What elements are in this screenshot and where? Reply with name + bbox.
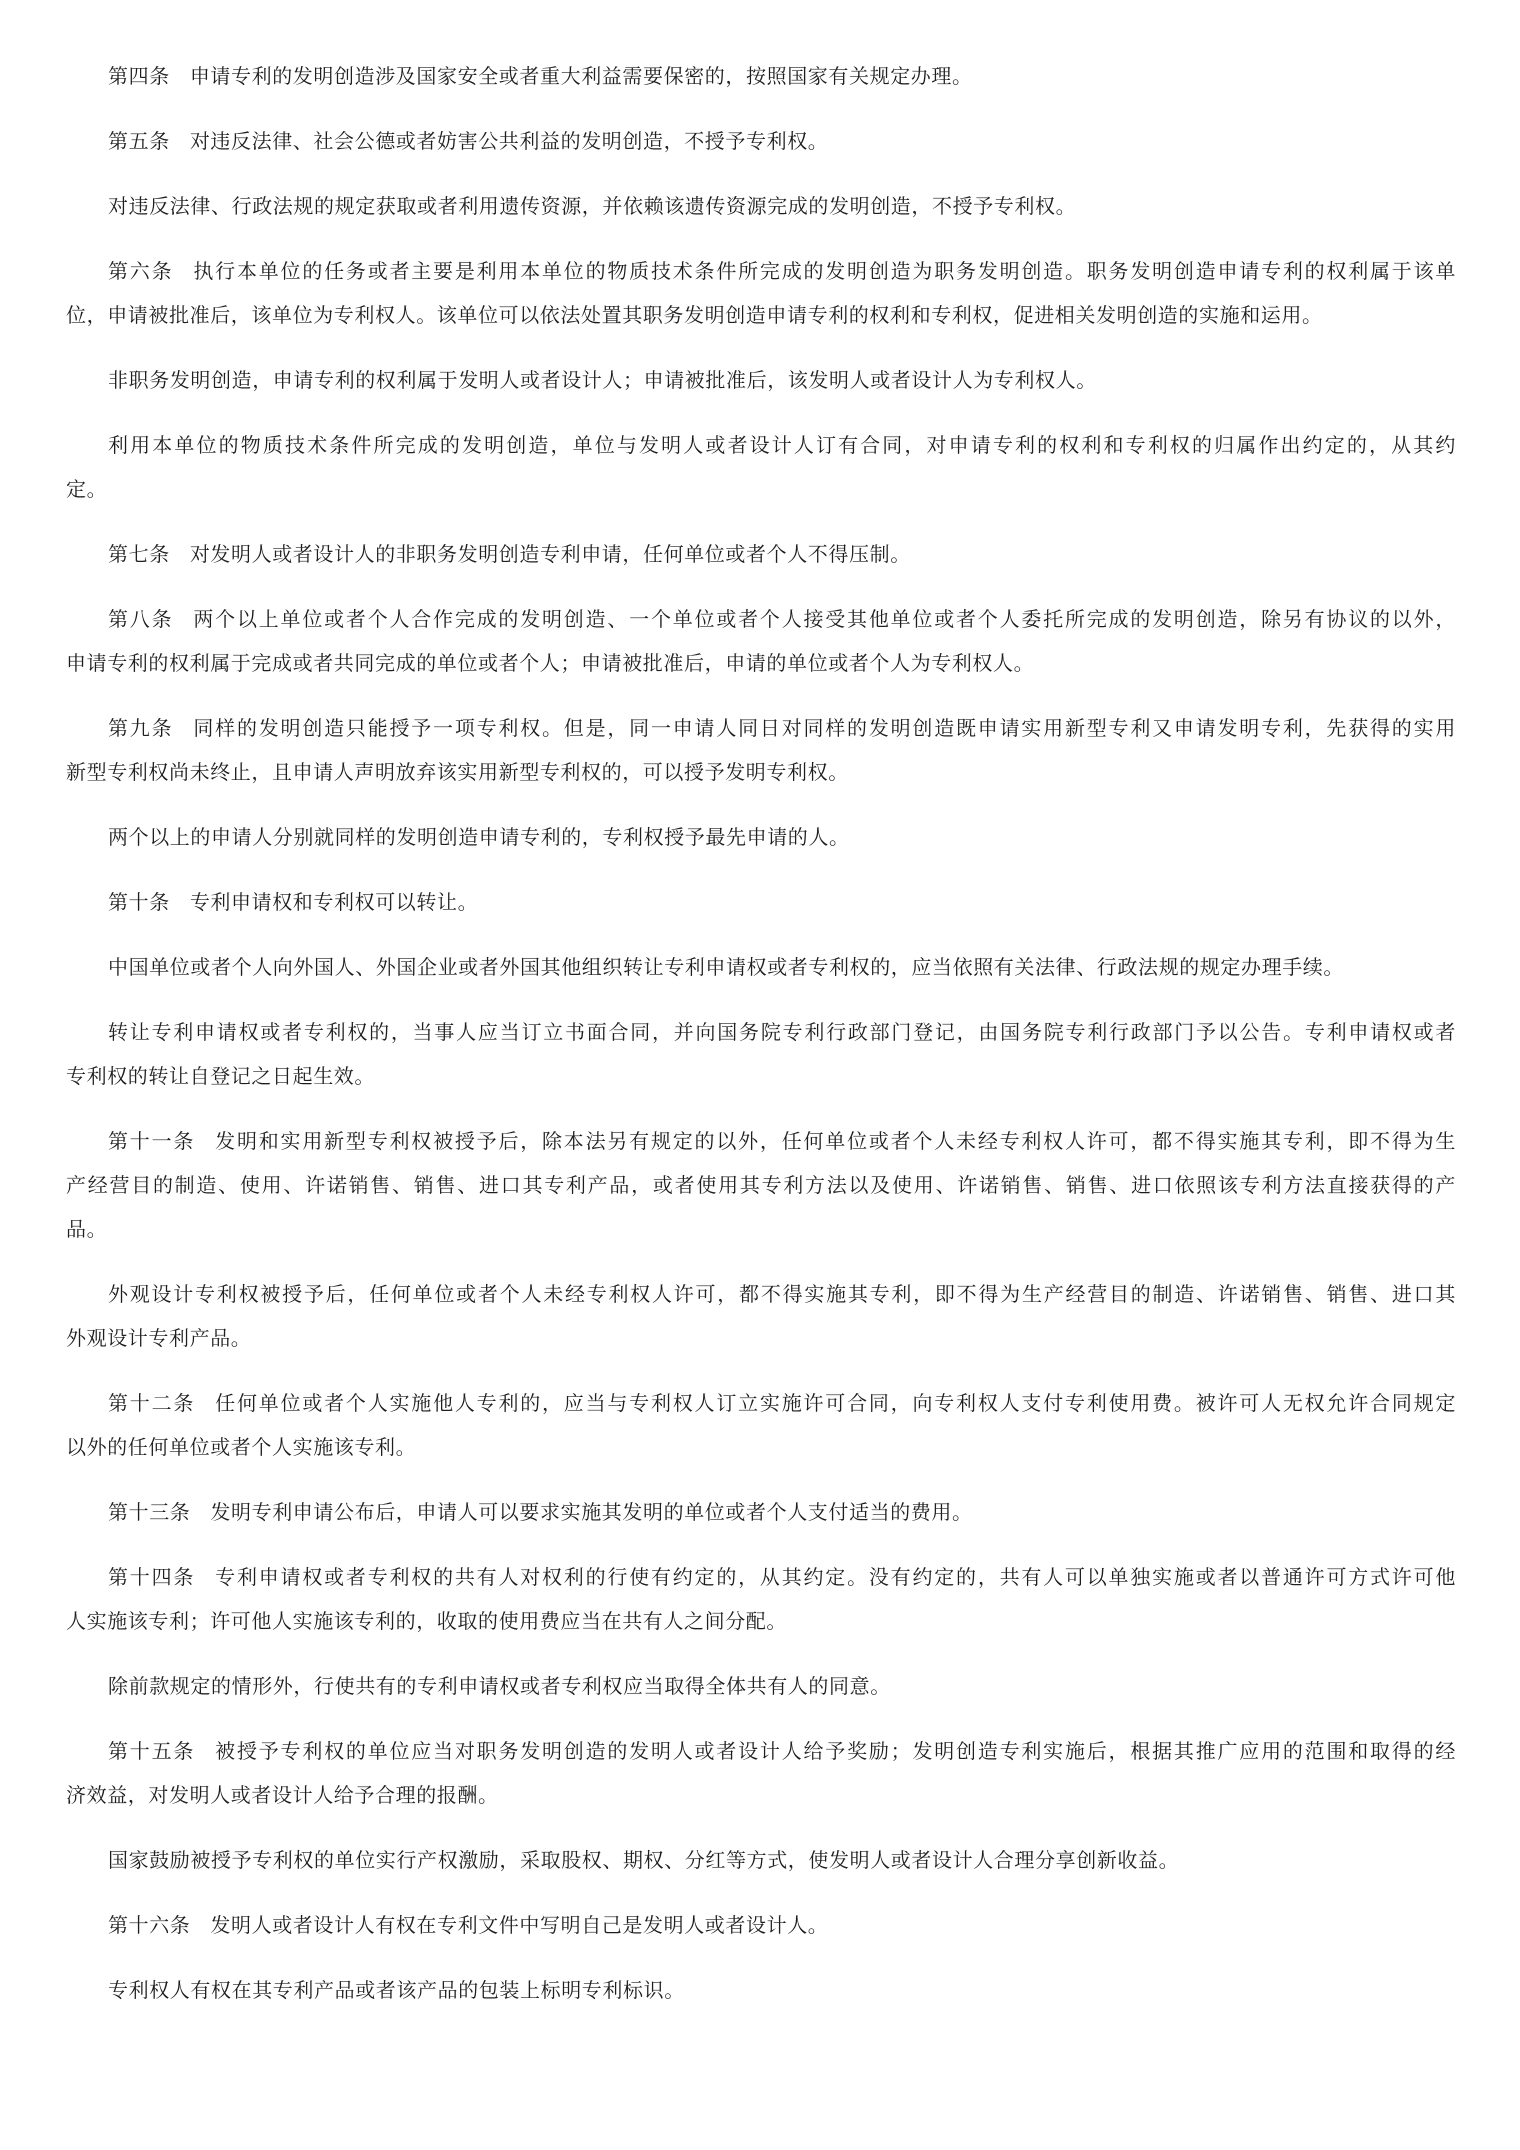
line-text: 专利申请权和专利权可以转让。 bbox=[190, 890, 478, 914]
paragraph: 利用本单位的物质技术条件所完成的发明创造，单位与发明人或者设计人订有合同，对申请… bbox=[66, 423, 1458, 511]
article-number: 第十六条 bbox=[108, 1913, 190, 1937]
paragraph: 专利权人有权在其专利产品或者该产品的包装上标明专利标识。 bbox=[66, 1968, 1458, 2012]
article-number: 第七条 bbox=[108, 542, 170, 566]
line-text: 对违反法律、行政法规的规定获取或者利用遗传资源，并依赖该遗传资源完成的发明创造，… bbox=[108, 194, 1076, 218]
article-paragraph: 第四条申请专利的发明创造涉及国家安全或者重大利益需要保密的，按照国家有关规定办理… bbox=[66, 54, 1458, 98]
line-text: 产经营目的制造、使用、许诺销售、销售、进口其专利产品，或者使用其专利方法以及使用… bbox=[66, 1173, 1456, 1197]
article-paragraph: 第十二条任何单位或者个人实施他人专利的，应当与专利权人订立实施许可合同，向专利权… bbox=[66, 1381, 1458, 1469]
line-text: 发明人或者设计人有权在专利文件中写明自己是发明人或者设计人。 bbox=[210, 1913, 828, 1937]
text-line: 第五条对违反法律、社会公德或者妨害公共利益的发明创造，不授予专利权。 bbox=[66, 119, 1458, 163]
line-text: 位，申请被批准后，该单位为专利权人。该单位可以依法处置其职务发明创造申请专利的权… bbox=[66, 303, 1323, 327]
article-paragraph: 第六条执行本单位的任务或者主要是利用本单位的物质技术条件所完成的发明创造为职务发… bbox=[66, 249, 1458, 337]
article-paragraph: 第十四条专利申请权或者专利权的共有人对权利的行使有约定的，从其约定。没有约定的，… bbox=[66, 1555, 1458, 1643]
text-line: 申请专利的权利属于完成或者共同完成的单位或者个人；申请被批准后，申请的单位或者个… bbox=[66, 641, 1458, 685]
text-line: 第九条同样的发明创造只能授予一项专利权。但是，同一申请人同日对同样的发明创造既申… bbox=[66, 706, 1456, 750]
paragraph: 对违反法律、行政法规的规定获取或者利用遗传资源，并依赖该遗传资源完成的发明创造，… bbox=[66, 184, 1458, 228]
text-line: 济效益，对发明人或者设计人给予合理的报酬。 bbox=[66, 1773, 1458, 1817]
text-line: 品。 bbox=[66, 1207, 1458, 1251]
line-text: 以外的任何单位或者个人实施该专利。 bbox=[66, 1435, 416, 1459]
text-line: 对违反法律、行政法规的规定获取或者利用遗传资源，并依赖该遗传资源完成的发明创造，… bbox=[66, 184, 1458, 228]
line-text: 非职务发明创造，申请专利的权利属于发明人或者设计人；申请被批准后，该发明人或者设… bbox=[108, 368, 1097, 392]
line-text: 济效益，对发明人或者设计人给予合理的报酬。 bbox=[66, 1783, 499, 1807]
text-line: 第十一条发明和实用新型专利权被授予后，除本法另有规定的以外，任何单位或者个人未经… bbox=[66, 1119, 1456, 1163]
article-number: 第五条 bbox=[108, 129, 170, 153]
line-text: 两个以上单位或者个人合作完成的发明创造、一个单位或者个人接受其他单位或者个人委托… bbox=[193, 607, 1456, 631]
line-text: 中国单位或者个人向外国人、外国企业或者外国其他组织转让专利申请权或者专利权的，应… bbox=[108, 955, 1344, 979]
text-line: 定。 bbox=[66, 467, 1458, 511]
line-text: 品。 bbox=[66, 1217, 107, 1241]
text-line: 非职务发明创造，申请专利的权利属于发明人或者设计人；申请被批准后，该发明人或者设… bbox=[66, 358, 1458, 402]
article-paragraph: 第九条同样的发明创造只能授予一项专利权。但是，同一申请人同日对同样的发明创造既申… bbox=[66, 706, 1458, 794]
line-text: 利用本单位的物质技术条件所完成的发明创造，单位与发明人或者设计人订有合同，对申请… bbox=[108, 433, 1456, 457]
text-line: 产经营目的制造、使用、许诺销售、销售、进口其专利产品，或者使用其专利方法以及使用… bbox=[66, 1163, 1456, 1207]
line-text: 两个以上的申请人分别就同样的发明创造申请专利的，专利权授予最先申请的人。 bbox=[108, 825, 850, 849]
article-paragraph: 第十一条发明和实用新型专利权被授予后，除本法另有规定的以外，任何单位或者个人未经… bbox=[66, 1119, 1458, 1251]
article-paragraph: 第五条对违反法律、社会公德或者妨害公共利益的发明创造，不授予专利权。 bbox=[66, 119, 1458, 163]
article-paragraph: 第十五条被授予专利权的单位应当对职务发明创造的发明人或者设计人给予奖励；发明创造… bbox=[66, 1729, 1458, 1817]
line-text: 外观设计专利权被授予后，任何单位或者个人未经专利权人许可，都不得实施其专利，即不… bbox=[108, 1282, 1456, 1306]
paragraph: 非职务发明创造，申请专利的权利属于发明人或者设计人；申请被批准后，该发明人或者设… bbox=[66, 358, 1458, 402]
article-number: 第四条 bbox=[108, 64, 170, 88]
text-line: 新型专利权尚未终止，且申请人声明放弃该实用新型专利权的，可以授予发明专利权。 bbox=[66, 750, 1458, 794]
text-line: 位，申请被批准后，该单位为专利权人。该单位可以依法处置其职务发明创造申请专利的权… bbox=[66, 293, 1458, 337]
article-number: 第六条 bbox=[108, 259, 173, 283]
line-text: 新型专利权尚未终止，且申请人声明放弃该实用新型专利权的，可以授予发明专利权。 bbox=[66, 760, 849, 784]
line-text: 专利权人有权在其专利产品或者该产品的包装上标明专利标识。 bbox=[108, 1978, 685, 2002]
article-paragraph: 第十三条发明专利申请公布后，申请人可以要求实施其发明的单位或者个人支付适当的费用… bbox=[66, 1490, 1458, 1534]
article-number: 第十一条 bbox=[108, 1129, 195, 1153]
text-line: 第十三条发明专利申请公布后，申请人可以要求实施其发明的单位或者个人支付适当的费用… bbox=[66, 1490, 1458, 1534]
article-paragraph: 第八条两个以上单位或者个人合作完成的发明创造、一个单位或者个人接受其他单位或者个… bbox=[66, 597, 1458, 685]
article-number: 第十条 bbox=[108, 890, 170, 914]
article-number: 第十三条 bbox=[108, 1500, 190, 1524]
text-line: 专利权人有权在其专利产品或者该产品的包装上标明专利标识。 bbox=[66, 1968, 1458, 2012]
line-text: 转让专利申请权或者专利权的，当事人应当订立书面合同，并向国务院专利行政部门登记，… bbox=[108, 1020, 1456, 1044]
article-paragraph: 第十六条发明人或者设计人有权在专利文件中写明自己是发明人或者设计人。 bbox=[66, 1903, 1458, 1947]
article-number: 第九条 bbox=[108, 716, 173, 740]
text-line: 以外的任何单位或者个人实施该专利。 bbox=[66, 1425, 1458, 1469]
line-text: 申请专利的权利属于完成或者共同完成的单位或者个人；申请被批准后，申请的单位或者个… bbox=[66, 651, 1034, 675]
paragraph: 除前款规定的情形外，行使共有的专利申请权或者专利权应当取得全体共有人的同意。 bbox=[66, 1664, 1458, 1708]
text-line: 第四条申请专利的发明创造涉及国家安全或者重大利益需要保密的，按照国家有关规定办理… bbox=[66, 54, 1458, 98]
article-number: 第十五条 bbox=[108, 1739, 195, 1763]
article-paragraph: 第十条专利申请权和专利权可以转让。 bbox=[66, 880, 1458, 924]
text-line: 外观设计专利权被授予后，任何单位或者个人未经专利权人许可，都不得实施其专利，即不… bbox=[66, 1272, 1456, 1316]
line-text: 专利权的转让自登记之日起生效。 bbox=[66, 1064, 375, 1088]
line-text: 对违反法律、社会公德或者妨害公共利益的发明创造，不授予专利权。 bbox=[190, 129, 829, 153]
paragraph: 外观设计专利权被授予后，任何单位或者个人未经专利权人许可，都不得实施其专利，即不… bbox=[66, 1272, 1458, 1360]
line-text: 同样的发明创造只能授予一项专利权。但是，同一申请人同日对同样的发明创造既申请实用… bbox=[193, 716, 1456, 740]
text-line: 国家鼓励被授予专利权的单位实行产权激励，采取股权、期权、分红等方式，使发明人或者… bbox=[66, 1838, 1458, 1882]
text-line: 第十二条任何单位或者个人实施他人专利的，应当与专利权人订立实施许可合同，向专利权… bbox=[66, 1381, 1456, 1425]
article-number: 第十二条 bbox=[108, 1391, 195, 1415]
text-line: 第十五条被授予专利权的单位应当对职务发明创造的发明人或者设计人给予奖励；发明创造… bbox=[66, 1729, 1456, 1773]
text-line: 专利权的转让自登记之日起生效。 bbox=[66, 1054, 1458, 1098]
line-text: 定。 bbox=[66, 477, 107, 501]
article-number: 第十四条 bbox=[108, 1565, 195, 1589]
text-line: 第八条两个以上单位或者个人合作完成的发明创造、一个单位或者个人接受其他单位或者个… bbox=[66, 597, 1456, 641]
text-line: 外观设计专利产品。 bbox=[66, 1316, 1458, 1360]
line-text: 申请专利的发明创造涉及国家安全或者重大利益需要保密的，按照国家有关规定办理。 bbox=[190, 64, 973, 88]
text-line: 第十四条专利申请权或者专利权的共有人对权利的行使有约定的，从其约定。没有约定的，… bbox=[66, 1555, 1456, 1599]
paragraph: 中国单位或者个人向外国人、外国企业或者外国其他组织转让专利申请权或者专利权的，应… bbox=[66, 945, 1458, 989]
paragraph: 转让专利申请权或者专利权的，当事人应当订立书面合同，并向国务院专利行政部门登记，… bbox=[66, 1010, 1458, 1098]
line-text: 发明和实用新型专利权被授予后，除本法另有规定的以外，任何单位或者个人未经专利权人… bbox=[215, 1129, 1456, 1153]
text-line: 除前款规定的情形外，行使共有的专利申请权或者专利权应当取得全体共有人的同意。 bbox=[66, 1664, 1458, 1708]
text-line: 人实施该专利；许可他人实施该专利的，收取的使用费应当在共有人之间分配。 bbox=[66, 1599, 1458, 1643]
line-text: 除前款规定的情形外，行使共有的专利申请权或者专利权应当取得全体共有人的同意。 bbox=[108, 1674, 891, 1698]
line-text: 专利申请权或者专利权的共有人对权利的行使有约定的，从其约定。没有约定的，共有人可… bbox=[215, 1565, 1456, 1589]
line-text: 任何单位或者个人实施他人专利的，应当与专利权人订立实施许可合同，向专利权人支付专… bbox=[215, 1391, 1456, 1415]
paragraph: 两个以上的申请人分别就同样的发明创造申请专利的，专利权授予最先申请的人。 bbox=[66, 815, 1458, 859]
article-paragraph: 第七条对发明人或者设计人的非职务发明创造专利申请，任何单位或者个人不得压制。 bbox=[66, 532, 1458, 576]
text-line: 第十六条发明人或者设计人有权在专利文件中写明自己是发明人或者设计人。 bbox=[66, 1903, 1458, 1947]
text-line: 第十条专利申请权和专利权可以转让。 bbox=[66, 880, 1458, 924]
line-text: 人实施该专利；许可他人实施该专利的，收取的使用费应当在共有人之间分配。 bbox=[66, 1609, 787, 1633]
paragraph: 国家鼓励被授予专利权的单位实行产权激励，采取股权、期权、分红等方式，使发明人或者… bbox=[66, 1838, 1458, 1882]
text-line: 转让专利申请权或者专利权的，当事人应当订立书面合同，并向国务院专利行政部门登记，… bbox=[66, 1010, 1456, 1054]
line-text: 国家鼓励被授予专利权的单位实行产权激励，采取股权、期权、分红等方式，使发明人或者… bbox=[108, 1848, 1179, 1872]
line-text: 执行本单位的任务或者主要是利用本单位的物质技术条件所完成的发明创造为职务发明创造… bbox=[193, 259, 1456, 283]
line-text: 发明专利申请公布后，申请人可以要求实施其发明的单位或者个人支付适当的费用。 bbox=[210, 1500, 972, 1524]
document-page: 第四条申请专利的发明创造涉及国家安全或者重大利益需要保密的，按照国家有关规定办理… bbox=[66, 54, 1458, 2033]
line-text: 对发明人或者设计人的非职务发明创造专利申请，任何单位或者个人不得压制。 bbox=[190, 542, 911, 566]
text-line: 中国单位或者个人向外国人、外国企业或者外国其他组织转让专利申请权或者专利权的，应… bbox=[66, 945, 1458, 989]
line-text: 外观设计专利产品。 bbox=[66, 1326, 251, 1350]
line-text: 被授予专利权的单位应当对职务发明创造的发明人或者设计人给予奖励；发明创造专利实施… bbox=[215, 1739, 1456, 1763]
text-line: 第七条对发明人或者设计人的非职务发明创造专利申请，任何单位或者个人不得压制。 bbox=[66, 532, 1458, 576]
text-line: 两个以上的申请人分别就同样的发明创造申请专利的，专利权授予最先申请的人。 bbox=[66, 815, 1458, 859]
text-line: 利用本单位的物质技术条件所完成的发明创造，单位与发明人或者设计人订有合同，对申请… bbox=[66, 423, 1456, 467]
text-line: 第六条执行本单位的任务或者主要是利用本单位的物质技术条件所完成的发明创造为职务发… bbox=[66, 249, 1456, 293]
article-number: 第八条 bbox=[108, 607, 173, 631]
